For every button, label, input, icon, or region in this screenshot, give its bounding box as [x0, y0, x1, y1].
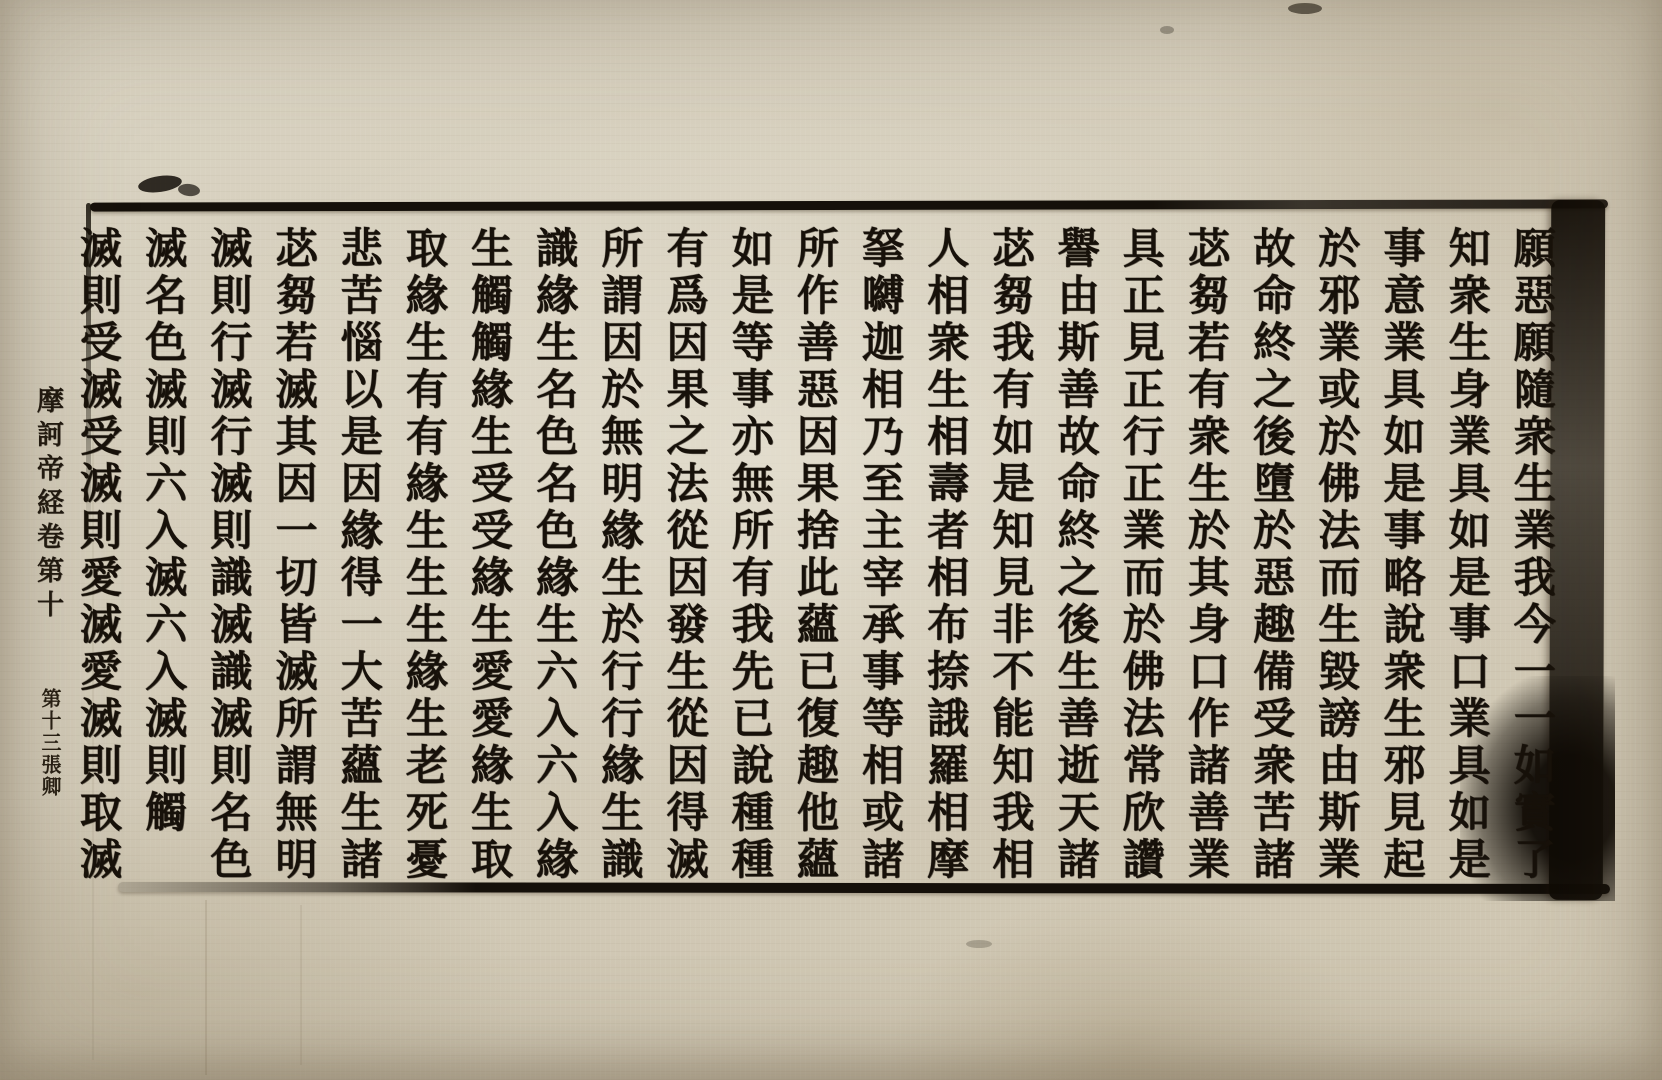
text-column-20: 苾芻若滅其因一切皆滅所謂無明 — [271, 226, 317, 884]
text-column-21: 滅則行滅行滅則識滅識滅則名色 — [205, 226, 251, 884]
text-column-5: 故命終之後墮於惡趣備受衆苦諸 — [1248, 226, 1294, 884]
ink-smudge — [177, 183, 200, 197]
scroll-title-column: 摩訶帝経卷第十 — [28, 386, 67, 624]
text-column-6: 苾芻若有衆生於其身口作諸善業 — [1183, 226, 1229, 884]
ink-speck — [1288, 3, 1322, 14]
text-column-14: 有爲因果之法從因發生從因得滅 — [662, 226, 708, 884]
text-column-12: 所作善惡因果捨此蘊已復趣他蘊 — [792, 226, 838, 884]
text-column-23: 滅則受滅受滅則愛滅愛滅則取滅 — [75, 226, 121, 884]
paper-crease — [205, 900, 207, 1075]
paper-crease — [300, 905, 302, 1065]
text-column-10: 人相衆生相壽者相布捺誐羅相摩 — [922, 226, 968, 884]
text-column-9: 苾芻我有如是知見非不能知我相 — [987, 226, 1033, 884]
text-column-16: 識緣生名色名色緣生六入六入緣 — [531, 226, 577, 884]
text-column-17: 生觸觸緣生受受緣生愛愛緣生取 — [466, 226, 512, 884]
text-column-15: 所謂因於無明緣生於行行緣生識 — [596, 226, 642, 884]
text-column-8: 譽由斯善故命終之後生善逝天諸 — [1053, 226, 1099, 884]
ink-smudge — [137, 173, 183, 195]
sutra-columns: 願惡願隨衆生業我今一一如實了知衆生身業具如是事口業具如是事意業具如是事略說衆生邪… — [75, 226, 1555, 896]
text-column-4: 於邪業或於佛法而生毀謗由斯業 — [1313, 226, 1359, 884]
text-column-13: 如是等事亦無所有我先已說種種 — [727, 226, 773, 884]
text-column-19: 悲苦惱以是因緣得一大苦蘊生諸 — [336, 226, 382, 884]
text-column-22: 滅名色滅則六入滅六入滅則觸 — [140, 226, 186, 837]
frame-top-border — [90, 199, 1608, 211]
ink-speck — [966, 940, 992, 948]
sutra-page-paper: 願惡願隨衆生業我今一一如實了知衆生身業具如是事口業具如是事意業具如是事略說衆生邪… — [0, 0, 1662, 1080]
text-column-11: 拏嚩迦相乃至主宰承事等相或諸 — [857, 226, 903, 884]
sheet-number-marker: 第十三張卿 — [36, 688, 65, 798]
text-column-2: 知衆生身業具如是事口業具如是 — [1444, 226, 1490, 884]
ink-speck — [1160, 26, 1174, 34]
text-column-18: 取緣生有有緣生生生緣生老死憂 — [401, 226, 447, 884]
text-column-1: 願惡願隨衆生業我今一一如實了 — [1509, 226, 1555, 884]
text-column-7: 具正見正行正業而於佛法常欣讚 — [1118, 226, 1164, 884]
text-column-3: 事意業具如是事略說衆生邪見起 — [1378, 226, 1424, 884]
